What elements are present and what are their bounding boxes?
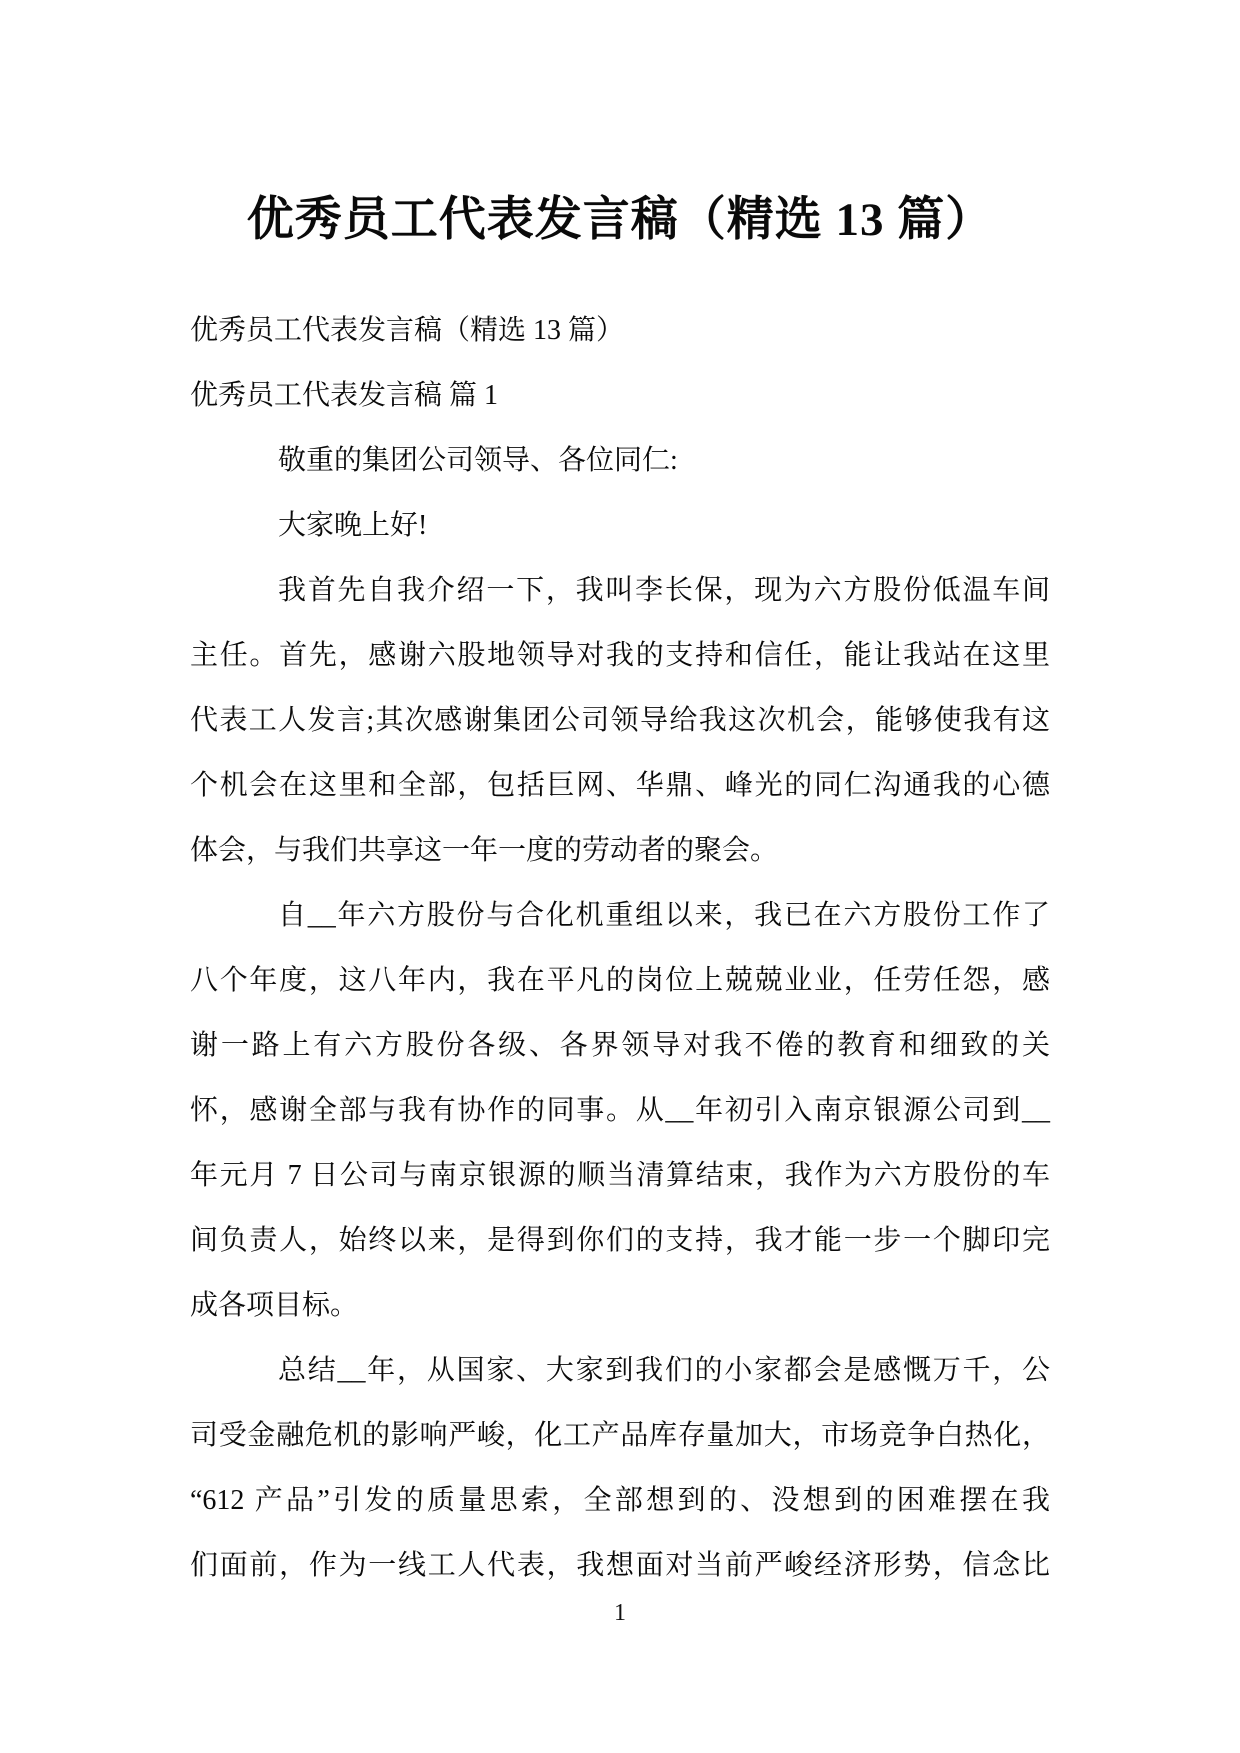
text-line: 年元月 7 日公司与南京银源的顺当清算结束，我作为六方股份的车 <box>190 1143 1050 1208</box>
text-line: 怀，感谢全部与我有协作的同事。从__年初引入南京银源公司到__ <box>190 1078 1050 1143</box>
text-line: 八个年度，这八年内，我在平凡的岗位上兢兢业业，任劳任怨，感 <box>190 948 1050 1013</box>
text-line: 成各项目标。 <box>190 1273 1050 1338</box>
text-line: 个机会在这里和全部，包括巨网、华鼎、峰光的同仁沟通我的心德 <box>190 753 1050 818</box>
text-line: 体会，与我们共享这一年一度的劳动者的聚会。 <box>190 818 1050 883</box>
document-body: 优秀员工代表发言稿（精选 13 篇） 优秀员工代表发言稿 篇 1 敬重的集团公司… <box>190 298 1050 1598</box>
text-line: 我首先自我介绍一下，我叫李长保，现为六方股份低温车间 <box>190 558 1050 623</box>
text-line: 优秀员工代表发言稿（精选 13 篇） <box>190 298 1050 363</box>
text-line: 自__年六方股份与合化机重组以来，我已在六方股份工作了 <box>190 883 1050 948</box>
text-line: 优秀员工代表发言稿 篇 1 <box>190 363 1050 428</box>
text-line: “612 产品”引发的质量思索，全部想到的、没想到的困难摆在我 <box>190 1468 1050 1533</box>
page-number: 1 <box>0 1598 1240 1628</box>
document-page: 优秀员工代表发言稿（精选 13 篇） 优秀员工代表发言稿（精选 13 篇） 优秀… <box>0 0 1240 1753</box>
document-title: 优秀员工代表发言稿（精选 13 篇） <box>0 0 1240 250</box>
text-line: 敬重的集团公司领导、各位同仁: <box>190 428 1050 493</box>
text-line: 代表工人发言;其次感谢集团公司领导给我这次机会，能够使我有这 <box>190 688 1050 753</box>
text-line: 间负责人，始终以来，是得到你们的支持，我才能一步一个脚印完 <box>190 1208 1050 1273</box>
text-line: 大家晚上好! <box>190 493 1050 558</box>
text-line: 主任。首先，感谢六股地领导对我的支持和信任，能让我站在这里 <box>190 623 1050 688</box>
text-line: 司受金融危机的影响严峻，化工产品库存量加大，市场竞争白热化， <box>190 1403 1050 1468</box>
text-line: 们面前，作为一线工人代表，我想面对当前严峻经济形势，信念比 <box>190 1533 1050 1598</box>
text-line: 谢一路上有六方股份各级、各界领导对我不倦的教育和细致的关 <box>190 1013 1050 1078</box>
text-line: 总结__年，从国家、大家到我们的小家都会是感慨万千，公 <box>190 1338 1050 1403</box>
